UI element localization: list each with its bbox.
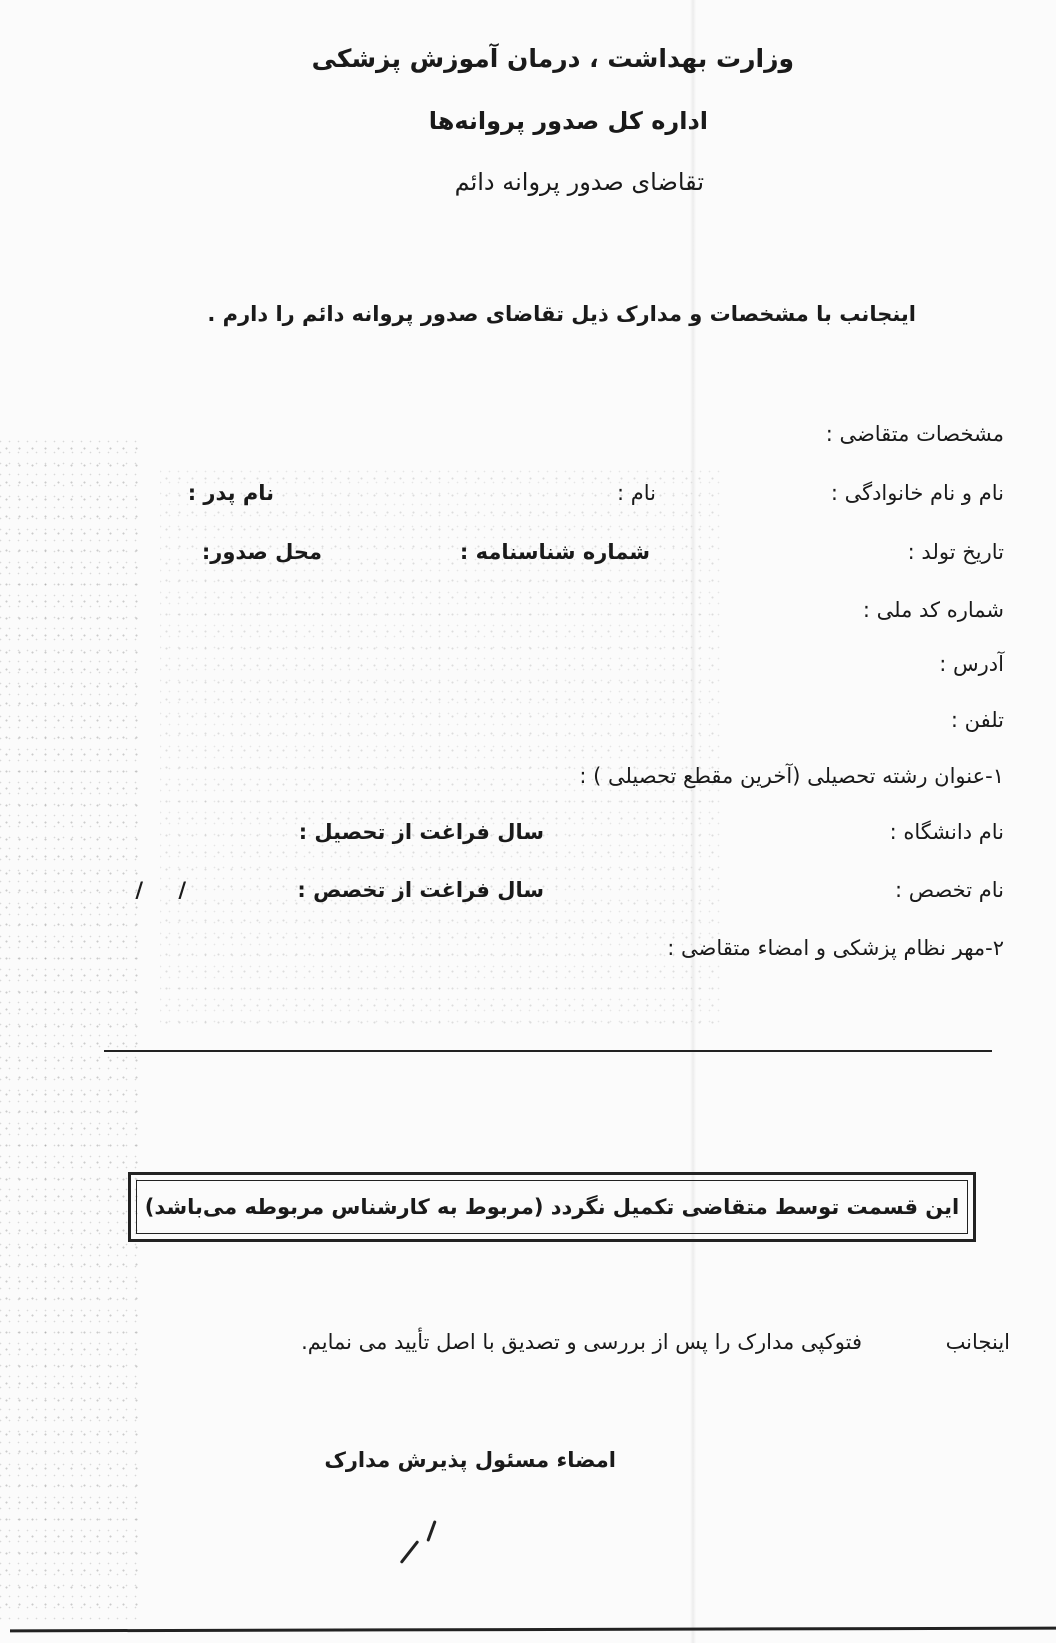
father-name-label: نام پدر :	[188, 481, 274, 505]
full-name-label: نام و نام خانوادگی :	[831, 481, 1004, 505]
signature-mark	[400, 1540, 420, 1564]
address-label: آدرس :	[939, 652, 1004, 676]
department-title: اداره کل صدور پروانه‌ها	[429, 107, 708, 135]
verification-prefix: اینجانب	[946, 1330, 1010, 1354]
first-name-label: نام :	[617, 481, 656, 505]
birth-date-label: تاریخ تولد :	[908, 540, 1004, 564]
bottom-rule	[10, 1627, 1056, 1633]
form-title: تقاضای صدور پروانه دائم	[455, 168, 704, 196]
specialty-graduation-year-label: سال فراغت از تخصص :	[297, 878, 544, 902]
verification-text: فتوکپی مدارک را پس از بررسی و تصدیق با ا…	[301, 1330, 862, 1354]
paper-fold	[690, 0, 696, 1643]
section-divider	[104, 1050, 992, 1052]
official-use-box: این قسمت توسط متقاضی تکمیل نگردد (مربوط …	[128, 1172, 976, 1242]
specialty-label: نام تخصص :	[895, 878, 1004, 902]
graduation-year-label: سال فراغت از تحصیل :	[299, 820, 544, 844]
signature-mark	[426, 1520, 436, 1542]
education-item-1-label: ۱-عنوان رشته تحصیلی (آخرین مقطع تحصیلی )…	[579, 764, 1004, 788]
national-code-label: شماره کد ملی :	[863, 598, 1004, 622]
university-label: نام دانشگاه :	[890, 820, 1004, 844]
phone-label: تلفن :	[951, 708, 1004, 732]
date-slashes: / /	[135, 878, 200, 902]
signature-label: امضاء مسئول پذیرش مدارک	[324, 1448, 616, 1472]
id-number-label: شماره شناسنامه :	[460, 540, 650, 564]
scan-noise-left	[0, 440, 140, 1620]
education-item-2-label: ۲-مهر نظام پزشکی و امضاء متقاضی :	[667, 936, 1004, 960]
official-use-notice: این قسمت توسط متقاضی تکمیل نگردد (مربوط …	[136, 1180, 968, 1234]
issue-place-label: محل صدور:	[202, 540, 322, 564]
ministry-title: وزارت بهداشت ، درمان آموزش پزشکی	[312, 44, 794, 73]
intro-statement: اینجانب با مشخصات و مدارک ذیل تقاضای صدو…	[207, 302, 916, 326]
applicant-section-label: مشخصات متقاضی :	[826, 422, 1004, 446]
